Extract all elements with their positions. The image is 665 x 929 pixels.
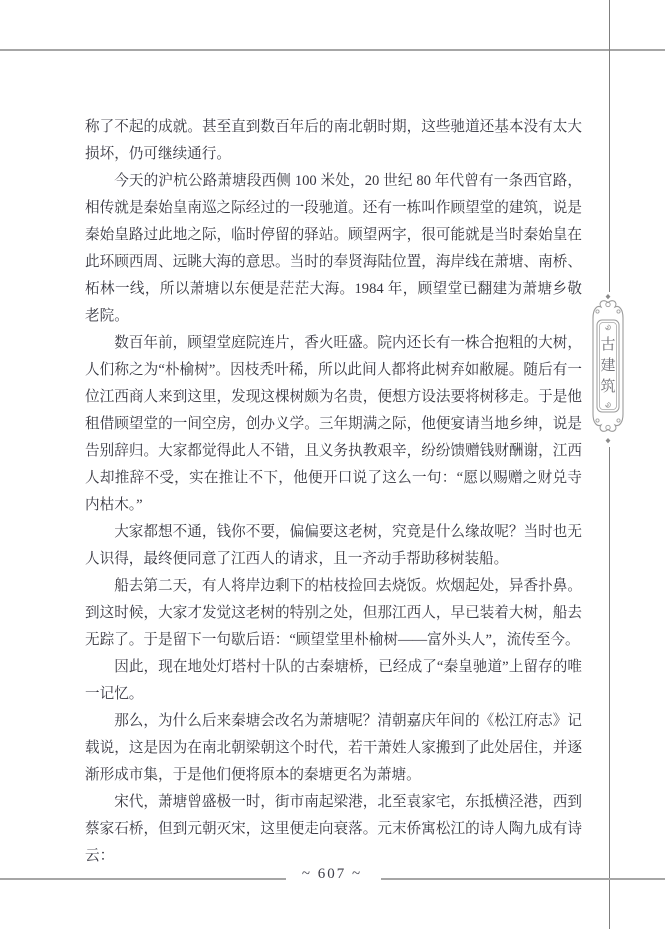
scroll-curl-icon (617, 419, 620, 422)
body-paragraph: 大家都想不通，钱你不要，偏偏要这老树，究竟是什么缘故呢？当时也无人识得，最终便同… (85, 519, 582, 573)
page-number: ~ 607 ~ (262, 866, 402, 883)
body-paragraph: 那么，为什么后来秦塘会改名为萧塘呢？清朝嘉庆年间的《松江府志》记载说，这是因为在… (85, 708, 582, 789)
body-paragraph: 今天的沪杭公路萧塘段西侧 100 米处，20 世纪 80 年代曾有一条西官路，相… (85, 168, 582, 330)
side-label-character: 古 (600, 336, 615, 353)
body-paragraph: 船去第二天，有人将岸边剩下的枯枝捡回去烧饭。炊烟起处，异香扑鼻。到这时候，大家才… (85, 573, 582, 654)
page-body: 称了不起的成就。甚至直到数百年后的南北朝时期，这些驰道还基本没有太大损坏，仍可继… (85, 114, 582, 870)
spiral-motif-icon (606, 403, 611, 408)
scroll-curl-icon (617, 310, 620, 313)
side-label-character: 筑 (600, 378, 615, 395)
section-side-label: 古 建 筑 (586, 294, 630, 444)
bottom-rule-right (381, 878, 665, 880)
body-paragraph: 数百年前，顾望堂庭院连片，香火旺盛。院内还长有一株合抱粗的大树，人们称之为“朴榆… (85, 330, 582, 519)
scroll-curl-icon (596, 419, 599, 422)
scroll-cartouche-ornament: 古 建 筑 (586, 294, 630, 444)
body-paragraph: 称了不起的成就。甚至直到数百年后的南北朝时期，这些驰道还基本没有太大损坏，仍可继… (85, 114, 582, 168)
top-rule (0, 49, 665, 51)
scroll-curl-icon (596, 310, 599, 313)
diamond-finial-icon (606, 294, 611, 299)
side-label-character: 建 (600, 357, 615, 374)
body-paragraph: 宋代，萧塘曾盛极一时，街市南起梁港，北至袁家宅，东抵横泾港，西到蔡家石桥，但到元… (85, 789, 582, 870)
right-vertical-rule-lower (609, 447, 610, 929)
bottom-rule-left (0, 878, 286, 880)
right-vertical-rule-upper (609, 0, 610, 292)
book-page: 称了不起的成就。甚至直到数百年后的南北朝时期，这些驰道还基本没有太大损坏，仍可继… (0, 0, 665, 929)
diamond-finial-icon (606, 438, 611, 443)
body-paragraph: 因此，现在地处灯塔村十队的古秦塘桥，已经成了“秦皇驰道”上留存的唯一记忆。 (85, 654, 582, 708)
spiral-motif-icon (606, 325, 611, 330)
